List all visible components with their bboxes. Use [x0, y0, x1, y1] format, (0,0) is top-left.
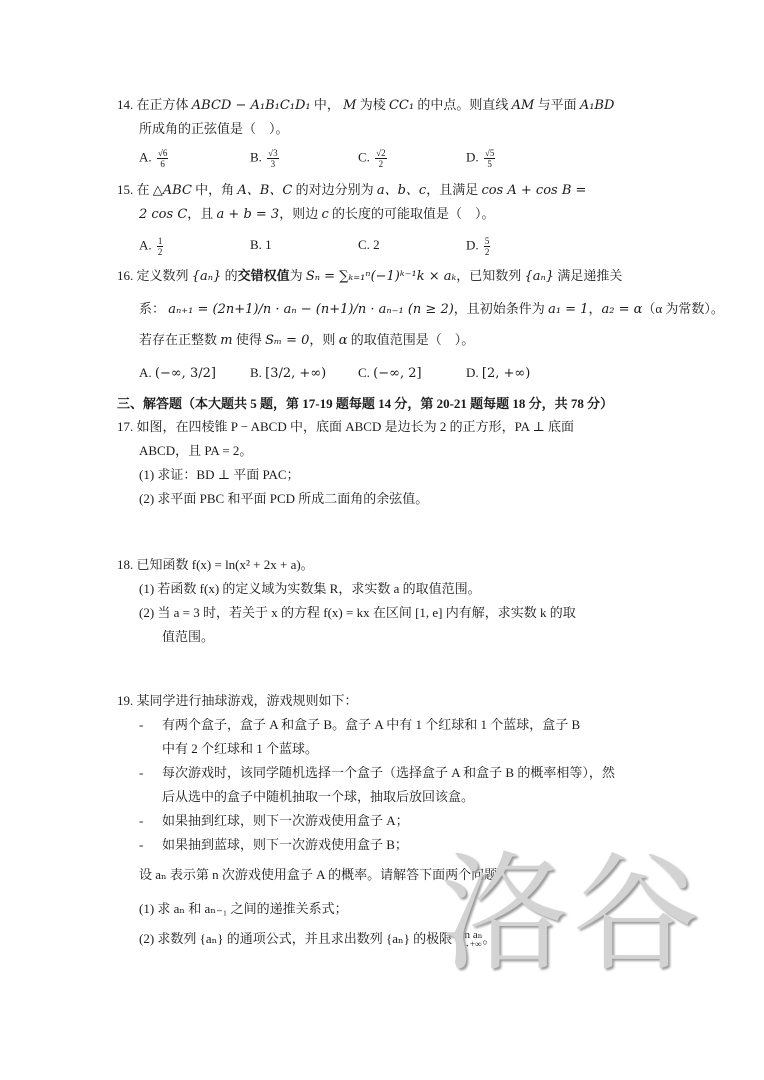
text: 的取值范围是（ ）。 — [351, 332, 475, 347]
option-label: A. — [139, 237, 152, 252]
text: 的对边分别为 — [296, 182, 374, 197]
q14-line2: 所成角的正弦值是（ ）。 — [139, 120, 289, 138]
q15-number: 15. — [117, 182, 133, 197]
fraction: 52 — [484, 236, 491, 257]
q18-line1: 18. 已知函数 f(x) = ln(x² + 2x + a)。 — [117, 556, 314, 574]
q17-part2: (2) 求平面 PBC 和平面 PCD 所成二面角的余弦值。 — [139, 490, 428, 508]
math-sum-formula: Sₙ = ∑ₖ₌₁ⁿ(−1)ᵏ⁻¹k × aₖ — [306, 269, 456, 284]
text: (2) 求平面 PBC 和平面 PCD 所成二面角的余弦值。 — [139, 491, 428, 506]
denominator: 2 — [375, 159, 386, 169]
denominator: 2 — [157, 247, 164, 257]
option-label: C. — [358, 237, 370, 252]
text: 若存在正整数 — [139, 332, 217, 347]
text: 中有 2 个红球和 1 个蓝球。 — [162, 741, 318, 756]
math-plane: A₁BD — [580, 98, 615, 113]
q19-bullet-2-cont: 后从选中的盒子中随机抽取一个球，抽取后放回该盒。 — [162, 788, 474, 806]
text: 所成角的正弦值是（ ）。 — [139, 121, 289, 136]
denominator: 6 — [157, 159, 168, 169]
q16-line2: 系： aₙ₊₁ = (2n+1)/n · aₙ − (n+1)/n · aₙ₋₁… — [139, 300, 724, 319]
math-sequence: {aₙ} — [525, 269, 555, 284]
q18-part2-line1: (2) 当 a = 3 时，若关于 x 的方程 f(x) = kx 在区间 [1… — [139, 604, 576, 622]
text: (1) 求证：BD ⊥ 平面 PAC； — [139, 467, 300, 482]
q14-number: 14. — [117, 97, 133, 112]
q19-part1: (1) 求 aₙ 和 aₙ₋₁ 之间的递推关系式； — [139, 900, 348, 918]
option-label: B. — [250, 237, 262, 252]
bullet-dash: - — [139, 716, 162, 734]
q17-line1: 17. 如图，在四棱锥 P − ABCD 中，底面 ABCD 是边长为 2 的正… — [117, 418, 574, 436]
text: ，且满足 — [426, 182, 478, 197]
q15-line1: 15. 在 △ABC 中，角 A、B、C 的对边分别为 a、b、c，且满足 co… — [117, 181, 586, 200]
text: 在 — [137, 182, 150, 197]
math-equation: cos A + cos B = — [481, 183, 586, 198]
q18-number: 18. — [117, 557, 133, 572]
q19-intro: 设 aₙ 表示第 n 次游戏使用盒子 A 的概率。请解答下面两个问题： — [139, 866, 510, 884]
q14-option-c: C. √22 — [358, 148, 389, 169]
option-label: A. — [139, 149, 152, 164]
option-label: A. — [139, 365, 152, 380]
fraction: √33 — [267, 148, 278, 169]
numerator: 1 — [157, 236, 164, 247]
option-label: C. — [358, 149, 370, 164]
text: 定义数列 — [137, 268, 189, 283]
text: (1) 求 aₙ 和 aₙ₋₁ 之间的递推关系式； — [139, 901, 348, 916]
math-equation: 2 cos C — [139, 207, 187, 222]
option-value: 1 — [265, 237, 272, 252]
q15-option-c: C. 2 — [358, 236, 380, 254]
q19-bullet-2: -每次游戏时，该同学随机选择一个盒子（选择盒子 A 和盒子 B 的概率相等），然 — [139, 764, 615, 782]
denominator: 2 — [484, 247, 491, 257]
q18-part1: (1) 若函数 f(x) 的定义域为实数集 R，求实数 a 的取值范围。 — [139, 580, 481, 598]
math-recurrence: aₙ₊₁ = (2n+1)/n · aₙ − (n+1)/n · aₙ₋₁ (n… — [168, 302, 454, 317]
q19-bullet-1: -有两个盒子，盒子 A 和盒子 B。盒子 A 中有 1 个红球和 1 个蓝球，盒… — [139, 716, 580, 734]
math-am: AM — [512, 98, 535, 113]
q19-bullet-4: -如果抽到蓝球，则下一次游戏使用盒子 B； — [139, 836, 408, 854]
text: 每次游戏时，该同学随机选择一个盒子（选择盒子 A 和盒子 B 的概率相等），然 — [162, 765, 615, 780]
text: 如果抽到红球，则下一次游戏使用盒子 A； — [162, 813, 409, 828]
option-label: D. — [466, 365, 479, 380]
text: 后从选中的盒子中随机抽取一个球，抽取后放回该盒。 — [162, 789, 474, 804]
math-sides: a、b、c — [377, 183, 426, 198]
text: 值范围。 — [162, 629, 214, 644]
bullet-dash: - — [139, 812, 162, 830]
text: 如果抽到蓝球，则下一次游戏使用盒子 B； — [162, 837, 408, 852]
q17-part1: (1) 求证：BD ⊥ 平面 PAC； — [139, 466, 300, 484]
q14-option-b: B. √33 — [250, 148, 281, 169]
fraction: √66 — [157, 148, 168, 169]
text: 为棱 — [360, 97, 386, 112]
limit-expression: lim aₙn→+∞ — [455, 931, 482, 949]
text: ，且 — [187, 206, 213, 221]
section-heading-text: 三、解答题（本大题共 5 题，第 17-19 题每题 14 分，第 20-21 … — [117, 396, 613, 411]
numerator: 5 — [484, 236, 491, 247]
q16-number: 16. — [117, 268, 133, 283]
text: ，已知数列 — [456, 268, 521, 283]
numerator: √6 — [157, 148, 168, 159]
q15-option-a: A. 12 — [139, 236, 165, 257]
q15-option-d: D. 52 — [466, 236, 492, 257]
limit-bottom: n→+∞ — [455, 940, 482, 949]
numerator: √2 — [375, 148, 386, 159]
text: 某同学进行抽球游戏，游戏规则如下： — [137, 693, 358, 708]
q19-part2: (2) 求数列 {aₙ} 的通项公式，并且求出数列 {aₙ} 的极限 lim a… — [139, 930, 495, 949]
text: 的中点。则直线 — [417, 97, 508, 112]
option-label: D. — [466, 237, 479, 252]
text: 设 aₙ 表示第 n 次游戏使用盒子 A 的概率。请解答下面两个问题： — [139, 867, 510, 882]
text: 使得 — [236, 332, 262, 347]
option-label: B. — [250, 365, 262, 380]
text: 。 — [482, 931, 495, 946]
fraction: √22 — [375, 148, 386, 169]
bullet-dash: - — [139, 764, 162, 782]
q19-line1: 19. 某同学进行抽球游戏，游戏规则如下： — [117, 692, 358, 710]
q14-line1: 14. 在正方体 ABCD − A₁B₁C₁D₁ 中， M 为棱 CC₁ 的中点… — [117, 96, 614, 115]
option-interval: (−∞, 2] — [373, 366, 421, 381]
math-triangle: △ABC — [153, 183, 192, 198]
bullet-dash: - — [139, 836, 162, 854]
math-init2: a₂ = α — [601, 302, 642, 317]
numerator: √3 — [267, 148, 278, 159]
q14-option-d: D. √55 — [466, 148, 497, 169]
math-init1: a₁ = 1 — [548, 302, 588, 317]
text: ，则 — [309, 332, 335, 347]
text: 的长度的可能取值是（ ）。 — [332, 206, 495, 221]
math-c: c — [321, 207, 328, 222]
option-interval: (−∞, 3/2] — [155, 366, 216, 381]
fraction: 12 — [157, 236, 164, 257]
text: 系： — [139, 301, 165, 316]
text: ABCD，且 PA = 2。 — [139, 443, 252, 458]
math-sm: Sₘ = 0 — [265, 333, 309, 348]
text: (2) 求数列 {aₙ} 的通项公式，并且求出数列 {aₙ} 的极限 — [139, 931, 452, 946]
text: (1) 若函数 f(x) 的定义域为实数集 R，求实数 a 的取值范围。 — [139, 581, 481, 596]
q18-part2-line2: 值范围。 — [162, 628, 214, 646]
q16-option-d: D. [2, +∞) — [466, 364, 530, 383]
q17-line2: ABCD，且 PA = 2。 — [139, 442, 252, 460]
text: 满足递推关 — [557, 268, 622, 283]
text: (2) 当 a = 3 时，若关于 x 的方程 f(x) = kx 在区间 [1… — [139, 605, 576, 620]
text: 为 — [290, 268, 303, 283]
q16-line3: 若存在正整数 m 使得 Sₘ = 0，则 α 的取值范围是（ ）。 — [139, 331, 474, 350]
denominator: 5 — [484, 159, 495, 169]
q15-option-b: B. 1 — [250, 236, 272, 254]
section-heading: 三、解答题（本大题共 5 题，第 17-19 题每题 14 分，第 20-21 … — [117, 395, 613, 413]
math-m: m — [220, 333, 232, 348]
option-interval: [2, +∞) — [482, 366, 530, 381]
math-angles: A、B、C — [237, 183, 292, 198]
fraction: √55 — [484, 148, 495, 169]
q16-line1: 16. 定义数列 {aₙ} 的交错权值为 Sₙ = ∑ₖ₌₁ⁿ(−1)ᵏ⁻¹k … — [117, 267, 622, 286]
q16-option-b: B. [3/2, +∞) — [250, 364, 326, 383]
text: 如图，在四棱锥 P − ABCD 中，底面 ABCD 是边长为 2 的正方形，P… — [137, 419, 575, 434]
text: 已知函数 f(x) = ln(x² + 2x + a)。 — [137, 557, 314, 572]
math-edge: CC₁ — [389, 98, 414, 113]
math-sequence: {aₙ} — [192, 269, 222, 284]
option-label: C. — [358, 365, 370, 380]
numerator: √5 — [484, 148, 495, 159]
q19-bullet-1-cont: 中有 2 个红球和 1 个蓝球。 — [162, 740, 318, 758]
text: ，且初始条件为 — [454, 301, 545, 316]
denominator: 3 — [267, 159, 278, 169]
q19-bullet-3: -如果抽到红球，则下一次游戏使用盒子 A； — [139, 812, 409, 830]
text: 的 — [225, 268, 238, 283]
text: （α 为常数）。 — [642, 301, 724, 316]
text: 与平面 — [538, 97, 577, 112]
text: 有两个盒子，盒子 A 和盒子 B。盒子 A 中有 1 个红球和 1 个蓝球，盒子… — [162, 717, 580, 732]
q19-number: 19. — [117, 693, 133, 708]
q16-option-a: A. (−∞, 3/2] — [139, 364, 216, 383]
option-interval: [3/2, +∞) — [265, 366, 326, 381]
math-sum: a + b = 3 — [217, 207, 280, 222]
q17-number: 17. — [117, 419, 133, 434]
text: ，则边 — [279, 206, 318, 221]
text: 在正方体 — [137, 97, 189, 112]
option-label: B. — [250, 149, 262, 164]
option-label: D. — [466, 149, 479, 164]
math-alpha: α — [339, 333, 348, 348]
option-value: 2 — [373, 237, 380, 252]
q16-option-c: C. (−∞, 2] — [358, 364, 422, 383]
q15-line2: 2 cos C，且 a + b = 3，则边 c 的长度的可能取值是（ ）。 — [139, 205, 495, 224]
text: 中， — [314, 97, 340, 112]
math-m: M — [343, 98, 356, 113]
text: 中，角 — [195, 182, 234, 197]
q14-option-a: A. √66 — [139, 148, 170, 169]
defined-term: 交错权值 — [238, 268, 290, 283]
math-cube: ABCD − A₁B₁C₁D₁ — [192, 98, 311, 113]
